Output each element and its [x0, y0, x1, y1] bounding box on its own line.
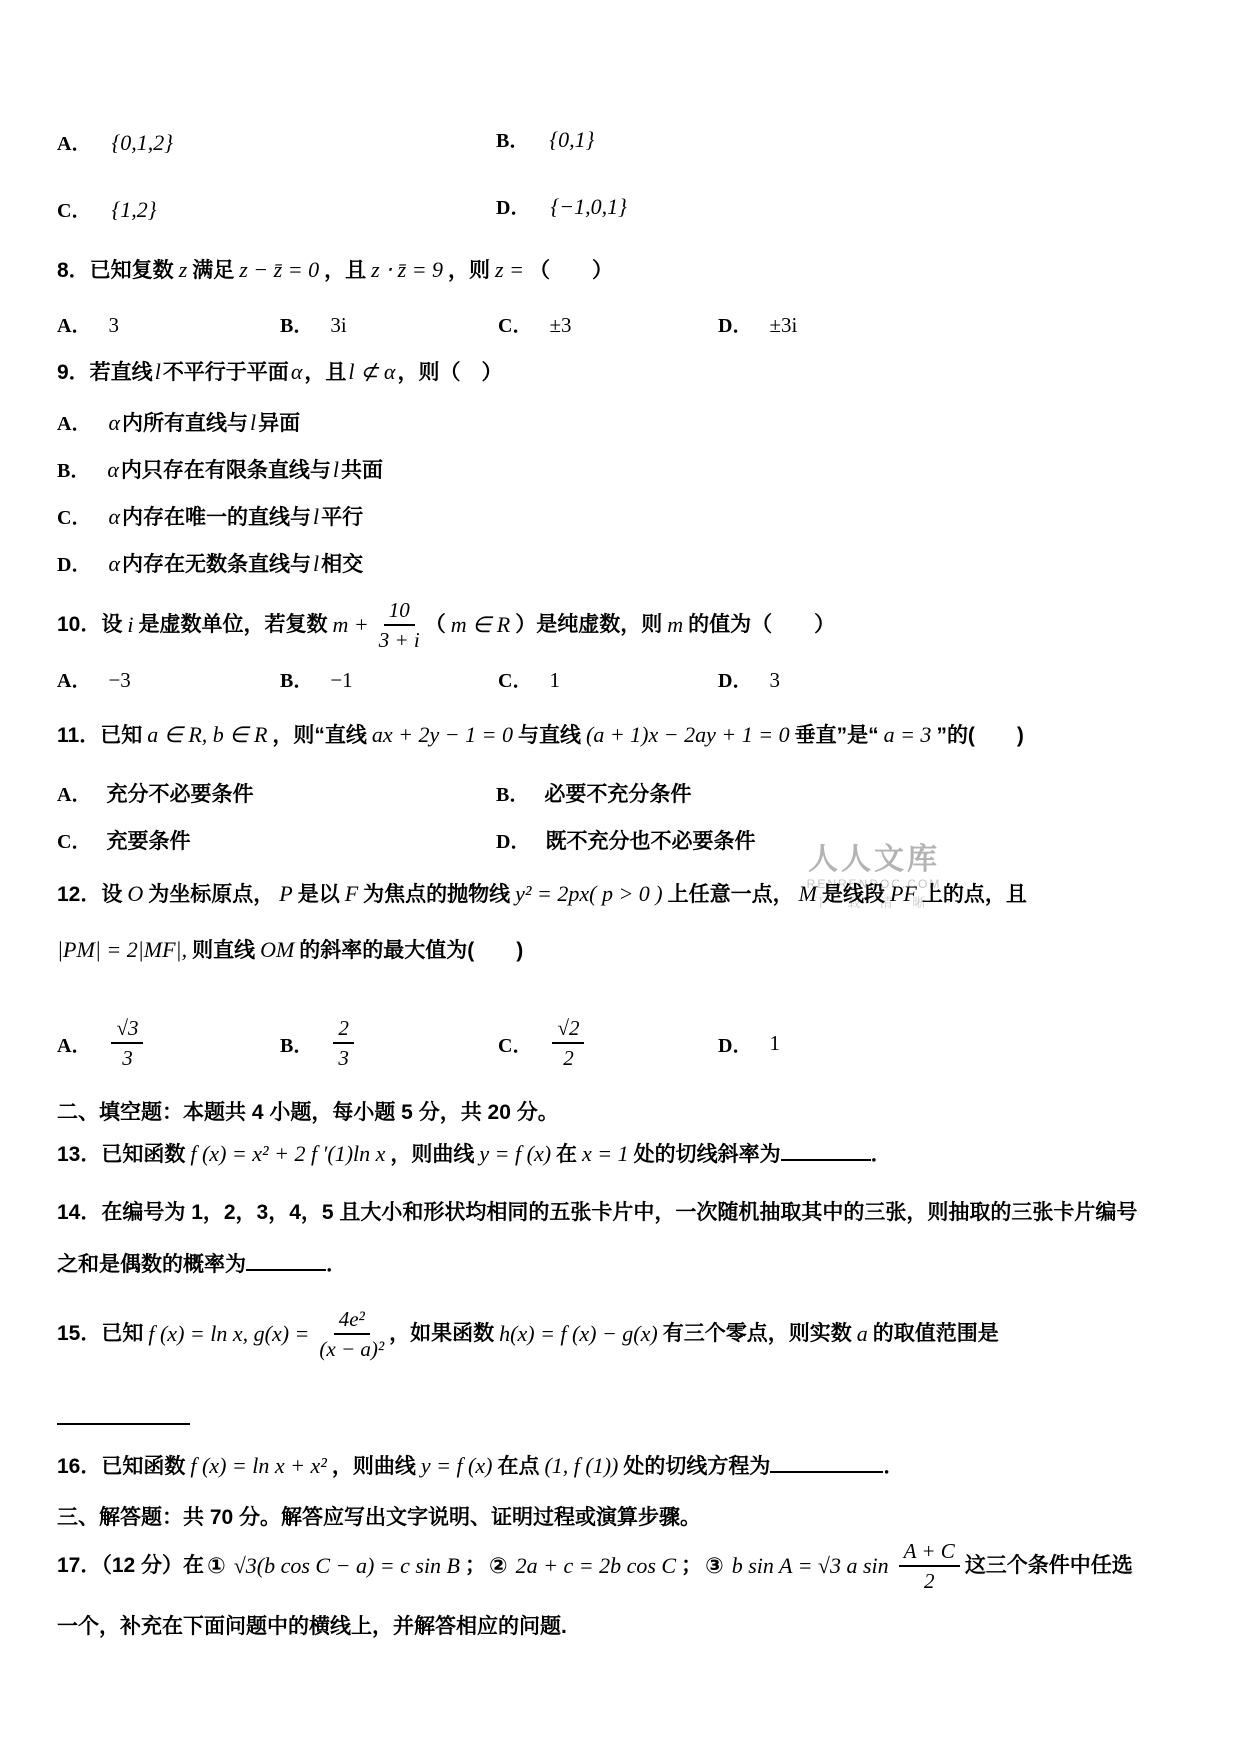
math: a	[857, 1321, 868, 1347]
math: l	[333, 457, 339, 482]
option-value: 1	[549, 668, 560, 692]
q8-option-b: B．3i	[280, 309, 349, 338]
q12-option-a: A．√33	[57, 1008, 148, 1078]
math: m ∈ R	[451, 612, 511, 638]
math: l	[313, 504, 319, 529]
math: O	[127, 881, 143, 906]
math: f (x) = ln x, g(x) =	[148, 1321, 309, 1347]
q12-option-b: B．23	[280, 1008, 359, 1078]
fill-blank	[770, 1456, 883, 1473]
option-value: {0,1}	[549, 127, 594, 152]
stem-text: ，则曲线	[332, 1455, 416, 1478]
stem-text: ；	[681, 1551, 702, 1581]
math: a = 3	[884, 722, 932, 747]
fraction-numerator: A + C	[899, 1539, 960, 1567]
q7-option-a: A．{0,1,2}	[57, 127, 178, 156]
fill-blank	[57, 1408, 190, 1425]
q9-option-a: A．α内所有直线与l异面	[57, 407, 300, 439]
q11-stem: 11．已知a ∈ R, b ∈ R，则“直线ax + 2y − 1 = 0与直线…	[57, 721, 1024, 751]
fraction: 4e²(x − a)²	[319, 1307, 384, 1361]
option-letter: B．	[280, 670, 313, 692]
math: l	[155, 359, 161, 384]
stem-text: 12．设	[57, 883, 122, 906]
option-letter: A．	[57, 670, 91, 692]
option-text: 既不充分也不必要条件	[545, 830, 755, 853]
option-letter: C．	[57, 200, 91, 222]
stem-text: （	[425, 610, 446, 640]
stem-text: 为坐标原点，	[148, 883, 274, 906]
circled-number-1: ①	[207, 1554, 226, 1579]
option-value: ±3i	[769, 313, 797, 337]
option-value: {−1,0,1}	[550, 194, 626, 219]
option-letter: D．	[718, 1029, 752, 1058]
math: α	[107, 457, 119, 482]
stem-text: 则直线	[192, 939, 255, 962]
fill-blank	[781, 1144, 871, 1161]
option-text: 内存在唯一的直线与	[122, 506, 311, 529]
math: l	[313, 551, 319, 576]
option-value: −3	[108, 668, 130, 692]
option-letter: D．	[496, 831, 530, 853]
option-letter: D．	[57, 554, 91, 576]
q12-stem-line1: 12．设O为坐标原点，P是以F为焦点的抛物线y² = 2px( p > 0 )上…	[57, 880, 1027, 910]
stem-text: 一个，补充在下面问题中的横线上，并解答相应的问题.	[57, 1615, 567, 1638]
stem-text: 处的切线方程为	[623, 1455, 770, 1478]
option-letter: D．	[718, 670, 752, 692]
math: m +	[332, 612, 368, 638]
q9-stem: 9．若直线l不平行于平面α，且l ⊄ α，则（ ）	[57, 358, 502, 388]
stem-text: ，则“直线	[272, 724, 367, 747]
option-value: ±3	[549, 313, 571, 337]
math: √3(b cos C − a) = c sin B	[234, 1553, 460, 1579]
stem-text: 是线段	[822, 883, 885, 906]
stem-text: 上的点，且	[922, 883, 1027, 906]
stem-text: 处的切线斜率为	[634, 1143, 781, 1166]
q8-option-c: C．±3	[498, 309, 573, 338]
answer-parens: ，则（ ）	[397, 361, 502, 384]
q11-option-c: C．充要条件	[57, 825, 190, 857]
stem-text: 满足	[192, 259, 234, 282]
q17-stem-line2: 一个，补充在下面问题中的横线上，并解答相应的问题.	[57, 1612, 567, 1642]
q13-stem: 13．已知函数f (x) = x² + 2 f ′(1)ln x，则曲线y = …	[57, 1140, 892, 1170]
q8-stem: 8．已知复数z满足z − z̄ = 0，且z ⋅ z̄ = 9，则z =（ ）	[57, 256, 613, 286]
stem-text: 17．（12 分）在	[57, 1551, 204, 1581]
math: y² = 2px( p > 0 )	[515, 881, 662, 906]
stem-text: 有三个零点，则实数	[663, 1319, 852, 1349]
option-letter: A．	[57, 413, 91, 435]
stem-text: 与直线	[518, 724, 581, 747]
math: b sin A = √3 a sin	[732, 1553, 889, 1579]
option-text: 内只存在有限条直线与	[121, 459, 331, 482]
math: y = f (x)	[479, 1141, 551, 1166]
stem-text: 这三个条件中任选	[965, 1551, 1133, 1581]
stem-text: 是虚数单位，若复数	[138, 610, 327, 640]
math: F	[345, 881, 358, 906]
math: (a + 1)x − 2ay + 1 = 0	[586, 722, 790, 747]
fraction-denominator: 3	[338, 1044, 349, 1070]
math: h(x) = f (x) − g(x)	[499, 1321, 658, 1347]
stem-text: 在点	[497, 1455, 539, 1478]
option-text: 充要条件	[106, 830, 190, 853]
q16-stem: 16．已知函数f (x) = ln x + x²，则曲线y = f (x)在点(…	[57, 1452, 904, 1482]
stem-text: 11．已知	[57, 724, 142, 747]
q9-option-b: B．α内只存在有限条直线与l共面	[57, 454, 383, 486]
math: z	[179, 257, 188, 282]
math: α	[291, 359, 303, 384]
option-letter: A．	[57, 784, 91, 806]
fraction: √33	[111, 1016, 143, 1070]
math: f (x) = ln x + x²	[190, 1453, 326, 1478]
circled-number-3: ③	[705, 1554, 724, 1579]
option-letter: D．	[496, 197, 530, 219]
q8-option-d: D．±3i	[718, 309, 799, 338]
q7-option-b: B．{0,1}	[496, 124, 599, 153]
q11-option-b: B．必要不充分条件	[496, 778, 691, 810]
math: y = f (x)	[421, 1453, 493, 1478]
math: |PM| = 2|MF|,	[57, 937, 187, 962]
stem-text: 上任意一点，	[668, 883, 794, 906]
stem-text: ．	[326, 1253, 347, 1276]
option-letter: A．	[57, 1029, 91, 1058]
option-letter: B．	[496, 130, 529, 152]
fraction: 23	[333, 1016, 354, 1070]
answer-parens: ”的( )	[936, 724, 1024, 747]
stem-text: ；	[465, 1551, 486, 1581]
q10-option-b: B．−1	[280, 664, 355, 693]
option-letter: C．	[57, 831, 91, 853]
q15-answer-blank-line	[57, 1408, 190, 1430]
option-text: 内所有直线与	[122, 412, 248, 435]
option-value: −1	[330, 668, 352, 692]
math: ax + 2y − 1 = 0	[372, 722, 513, 747]
option-text: 必要不充分条件	[544, 783, 691, 806]
q7-option-d: D．{−1,0,1}	[496, 191, 632, 220]
stem-text: 之和是偶数的概率为	[57, 1253, 246, 1276]
q10-option-c: C．1	[498, 664, 562, 693]
answer-parens: （ ）	[529, 259, 613, 282]
option-text: 充分不必要条件	[106, 783, 253, 806]
math: α	[108, 504, 120, 529]
q11-option-d: D．既不充分也不必要条件	[496, 825, 755, 857]
option-letter: B．	[57, 460, 90, 482]
option-letter: B．	[496, 784, 529, 806]
math: (1, f (1))	[544, 1453, 618, 1478]
circled-number-2: ②	[489, 1554, 508, 1579]
stem-text: ）是纯虚数，则	[515, 610, 662, 640]
stem-text: ，则	[448, 259, 490, 282]
math: α	[108, 410, 120, 435]
math: a ∈ R, b ∈ R	[147, 722, 267, 747]
math: OM	[260, 937, 294, 962]
stem-text: 15．已知	[57, 1319, 143, 1349]
exam-paper-page: { "page": {"background":"#ffffff","text_…	[0, 0, 1240, 1754]
math: f (x) = x² + 2 f ′(1)ln x	[190, 1141, 385, 1166]
q14-stem-line2: 之和是偶数的概率为．	[57, 1250, 347, 1280]
math: z ⋅ z̄ = 9	[371, 257, 443, 282]
stem-text: ．	[883, 1455, 904, 1478]
option-letter: C．	[498, 315, 532, 337]
q11-option-a: A．充分不必要条件	[57, 778, 253, 810]
fraction-denominator: 3 + i	[379, 626, 420, 652]
answer-parens: 的斜率的最大值为( )	[299, 939, 523, 962]
q9-option-c: C．α内存在唯一的直线与l平行	[57, 501, 363, 533]
section-title: 二、填空题：本题共 4 小题，每小题 5 分，共 20 分。	[57, 1101, 559, 1124]
option-letter: A．	[57, 133, 91, 155]
option-text: 相交	[321, 553, 363, 576]
section-title: 三、解答题：共 70 分。解答应写出文字说明、证明过程或演算步骤。	[57, 1506, 701, 1529]
q12-option-d: D．1	[718, 1008, 782, 1078]
stem-text: 在	[556, 1143, 577, 1166]
stem-text: ，且	[304, 361, 346, 384]
math: P	[279, 881, 292, 906]
option-letter: A．	[57, 315, 91, 337]
fraction: 103 + i	[379, 598, 420, 652]
stem-text: 9．若直线	[57, 361, 153, 384]
option-text: 内存在无数条直线与	[122, 553, 311, 576]
math: PF	[890, 881, 917, 906]
option-letter: B．	[280, 315, 313, 337]
option-letter: C．	[498, 670, 532, 692]
math: i	[127, 612, 133, 638]
q10-option-d: D．3	[718, 664, 782, 693]
fraction: A + C2	[899, 1539, 960, 1593]
option-text: 异面	[258, 412, 300, 435]
q9-option-d: D．α内存在无数条直线与l相交	[57, 548, 363, 580]
math: l	[250, 410, 256, 435]
stem-text: 不平行于平面	[163, 361, 289, 384]
stem-text: 的取值范围是	[873, 1319, 999, 1349]
stem-text: 为焦点的抛物线	[363, 883, 510, 906]
math: z − z̄ = 0	[239, 257, 319, 282]
answer-parens: 的值为（ ）	[688, 610, 835, 640]
option-text: 共面	[341, 459, 383, 482]
section2-header: 二、填空题：本题共 4 小题，每小题 5 分，共 20 分。	[57, 1098, 559, 1128]
math: l ⊄ α	[348, 359, 395, 384]
q14-stem-line1: 14．在编号为 1，2，3，4，5 且大小和形状均相同的五张卡片中，一次随机抽取…	[57, 1198, 1137, 1228]
q12-option-c: C．√22	[498, 1008, 589, 1078]
stem-text: 8．已知复数	[57, 259, 174, 282]
fraction-denominator: (x − a)²	[319, 1335, 384, 1361]
stem-text: ．	[871, 1143, 892, 1166]
stem-text: 垂直”是“	[795, 724, 879, 747]
stem-text: 16．已知函数	[57, 1455, 185, 1478]
option-value: 3	[108, 313, 119, 337]
stem-text: 13．已知函数	[57, 1143, 185, 1166]
fraction-numerator: √2	[552, 1016, 584, 1044]
stem-text: ，则曲线	[390, 1143, 474, 1166]
q8-option-a: A．3	[57, 309, 121, 338]
fraction-denominator: 2	[563, 1044, 574, 1070]
fraction-denominator: 3	[122, 1044, 133, 1070]
option-letter: C．	[498, 1029, 532, 1058]
section3-header: 三、解答题：共 70 分。解答应写出文字说明、证明过程或演算步骤。	[57, 1503, 701, 1533]
stem-text: ，且	[324, 259, 366, 282]
stem-text: ，如果函数	[389, 1319, 494, 1349]
math: 2a + c = 2b cos C	[516, 1553, 676, 1579]
q10-stem: 10．设i是虚数单位，若复数m +103 + i（m ∈ R）是纯虚数，则m的值…	[57, 597, 835, 653]
option-value: {0,1,2}	[111, 130, 173, 155]
q7-option-c: C．{1,2}	[57, 194, 162, 223]
option-letter: D．	[718, 315, 752, 337]
math: z =	[495, 257, 524, 282]
option-text: 平行	[321, 506, 363, 529]
option-value: 1	[769, 1031, 780, 1056]
math: x = 1	[582, 1141, 629, 1166]
fill-blank	[246, 1254, 326, 1271]
q15-stem: 15．已知f (x) = ln x, g(x) =4e²(x − a)²，如果函…	[57, 1298, 999, 1370]
stem-text: 10．设	[57, 610, 122, 640]
fraction: √22	[552, 1016, 584, 1070]
stem-text: 是以	[298, 883, 340, 906]
option-value: {1,2}	[111, 197, 156, 222]
math: M	[799, 881, 817, 906]
stem-text: 14．在编号为 1，2，3，4，5 且大小和形状均相同的五张卡片中，一次随机抽取…	[57, 1201, 1137, 1224]
option-value: 3	[769, 668, 780, 692]
math: m	[667, 612, 683, 638]
q12-stem-line2: |PM| = 2|MF|,则直线OM的斜率的最大值为( )	[57, 936, 523, 966]
fraction-denominator: 2	[924, 1567, 935, 1593]
watermark-logo-text: 人人文库	[804, 845, 944, 875]
q10-option-a: A．−3	[57, 664, 133, 693]
fraction-numerator: 10	[384, 598, 415, 626]
fraction-numerator: 2	[333, 1016, 354, 1044]
math: α	[108, 551, 120, 576]
fraction-numerator: 4e²	[334, 1307, 370, 1335]
fraction-numerator: √3	[111, 1016, 143, 1044]
q17-stem-line1: 17．（12 分）在①√3(b cos C − a) = c sin B；②2a…	[57, 1534, 1133, 1598]
option-letter: C．	[57, 507, 91, 529]
option-value: 3i	[330, 313, 346, 337]
option-letter: B．	[280, 1029, 313, 1058]
